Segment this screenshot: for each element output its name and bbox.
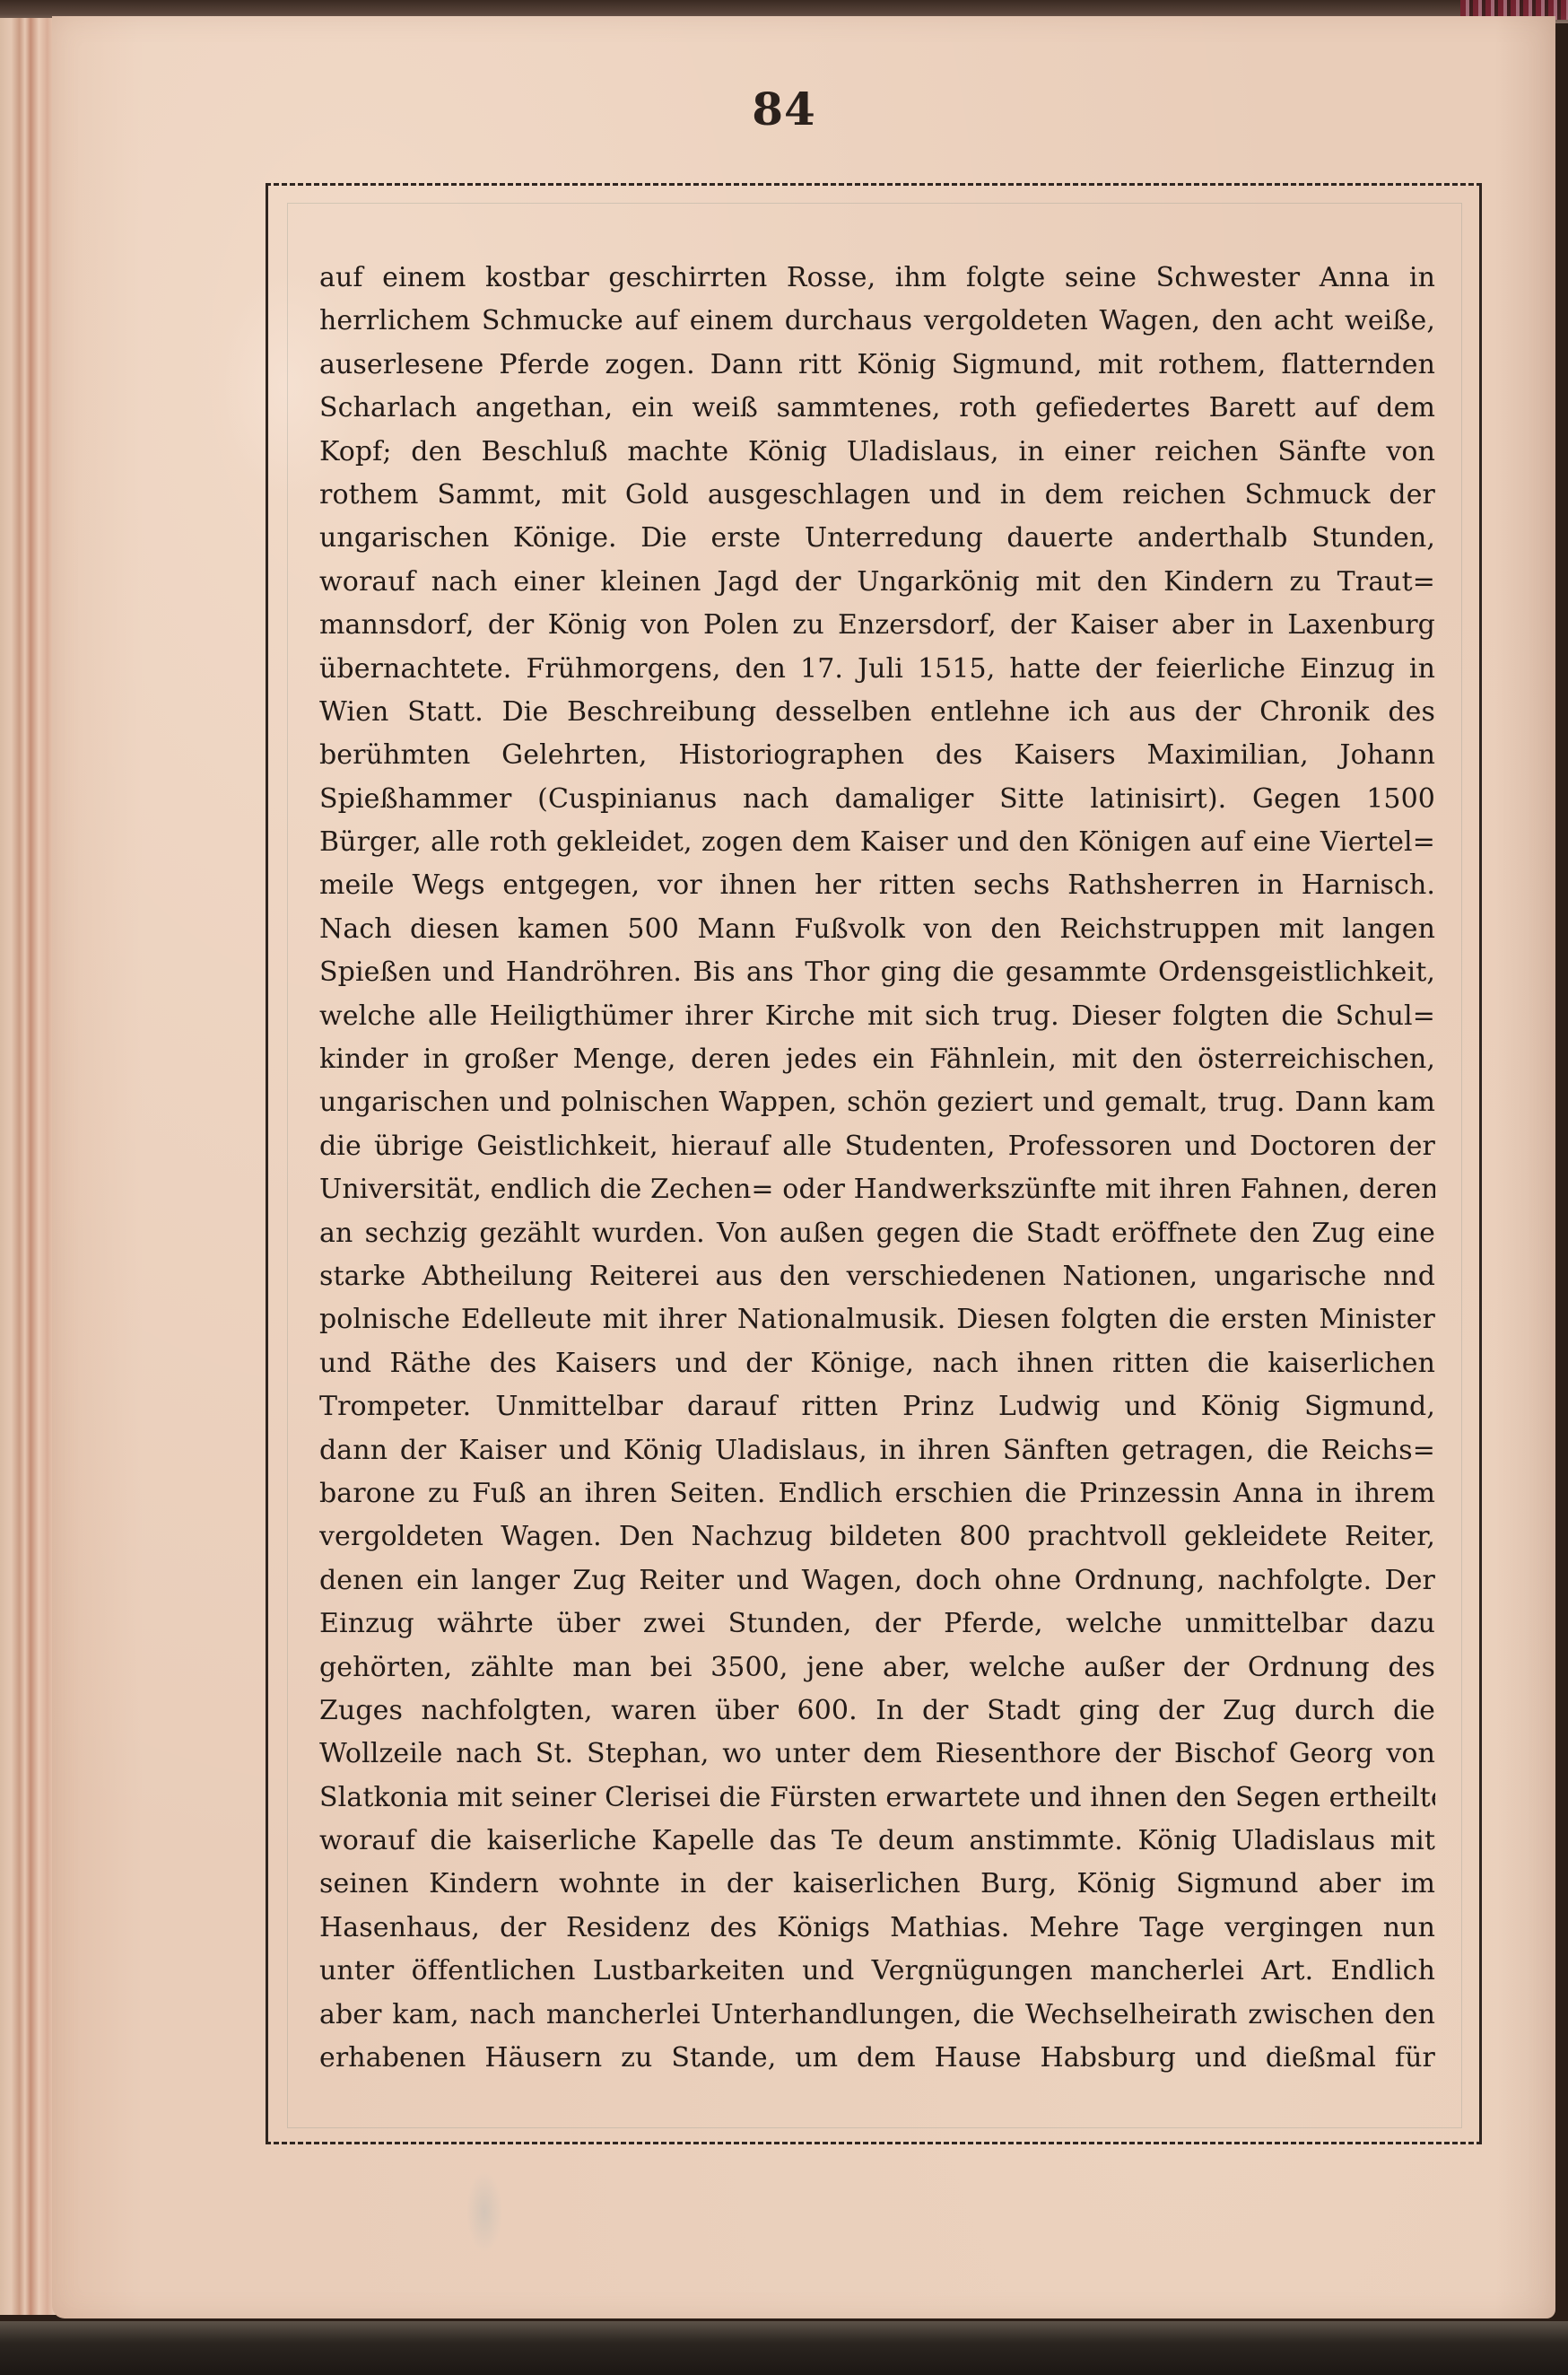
text-line: meile Wegs entgegen, vor ihnen her ritte… (319, 864, 1435, 907)
text-line: und Räthe des Kaisers und der Könige, na… (319, 1342, 1435, 1385)
text-line: Slatkonia mit seiner Clerisei die Fürste… (319, 1777, 1435, 1820)
text-line: worauf nach einer kleinen Jagd der Ungar… (319, 561, 1435, 604)
text-line: Trompeter. Unmittelbar darauf ritten Pri… (319, 1385, 1435, 1428)
book-bottom-edge (0, 2321, 1568, 2375)
text-line: Zuges nachfolgten, waren über 600. In de… (319, 1690, 1435, 1733)
body-text: auf einem kostbar geschirrten Rosse, ihm… (319, 257, 1435, 2080)
text-line: seinen Kindern wohnte in der kaiserliche… (319, 1863, 1435, 1906)
text-line: Scharlach angethan, ein weiß sammtenes, … (319, 387, 1435, 430)
text-line: Bürger, alle roth gekleidet, zogen dem K… (319, 821, 1435, 864)
text-line: Spießhammer (Cuspinianus nach damaliger … (319, 778, 1435, 821)
text-line: Kopf; den Beschluß machte König Uladisla… (319, 431, 1435, 474)
text-line: rothem Sammt, mit Gold ausgeschlagen und… (319, 474, 1435, 517)
text-line: unter öffentlichen Lustbarkeiten und Ver… (319, 1950, 1435, 1993)
text-line: aber kam, nach mancherlei Unterhandlunge… (319, 1994, 1435, 2037)
text-line: welche alle Heiligthümer ihrer Kirche mi… (319, 995, 1435, 1038)
text-line: Wollzeile nach St. Stephan, wo unter dem… (319, 1733, 1435, 1776)
text-line: dann der Kaiser und König Uladislaus, in… (319, 1429, 1435, 1472)
text-line: Universität, endlich die Zechen= oder Ha… (319, 1168, 1435, 1211)
text-line: denen ein langer Zug Reiter und Wagen, d… (319, 1559, 1435, 1602)
text-line: herrlichem Schmucke auf einem durchaus v… (319, 300, 1435, 343)
text-line: Nach diesen kamen 500 Mann Fußvolk von d… (319, 908, 1435, 951)
text-line: berühmten Gelehrten, Historiographen des… (319, 734, 1435, 777)
text-line: an sechzig gezählt wurden. Von außen geg… (319, 1212, 1435, 1255)
text-line: ungarischen und polnischen Wappen, schön… (319, 1081, 1435, 1124)
page-number: 84 (0, 83, 1568, 135)
book-scan: 84 auf einem kostbar geschirrten Rosse, … (0, 0, 1568, 2375)
text-line: Wien Statt. Die Beschreibung desselben e… (319, 691, 1435, 734)
text-line: worauf die kaiserliche Kapelle das Te de… (319, 1820, 1435, 1863)
text-line: Spießen und Handröhren. Bis ans Thor gin… (319, 951, 1435, 994)
text-line: vergoldeten Wagen. Den Nachzug bildeten … (319, 1515, 1435, 1559)
text-line: auf einem kostbar geschirrten Rosse, ihm… (319, 257, 1435, 300)
text-line: übernachtete. Frühmorgens, den 17. Juli … (319, 648, 1435, 691)
text-line: Hasenhaus, der Residenz des Königs Mathi… (319, 1907, 1435, 1950)
text-line: polnische Edelleute mit ihrer Nationalmu… (319, 1298, 1435, 1341)
page-edges-stack (0, 18, 56, 2315)
text-line: auserlesene Pferde zogen. Dann ritt Köni… (319, 344, 1435, 387)
text-line: die übrige Geistlichkeit, hierauf alle S… (319, 1125, 1435, 1168)
text-line: starke Abtheilung Reiterei aus den versc… (319, 1255, 1435, 1298)
text-line: mannsdorf, der König von Polen zu Enzers… (319, 604, 1435, 647)
text-line: gehörten, zählte man bei 3500, jene aber… (319, 1646, 1435, 1690)
text-line: barone zu Fuß an ihren Seiten. Endlich e… (319, 1472, 1435, 1515)
text-line: ungarischen Könige. Die erste Unterredun… (319, 517, 1435, 560)
text-line: kinder in großer Menge, deren jedes ein … (319, 1038, 1435, 1081)
text-line: erhabenen Häusern zu Stande, um dem Haus… (319, 2037, 1435, 2080)
text-line: Einzug währte über zwei Stunden, der Pfe… (319, 1602, 1435, 1646)
